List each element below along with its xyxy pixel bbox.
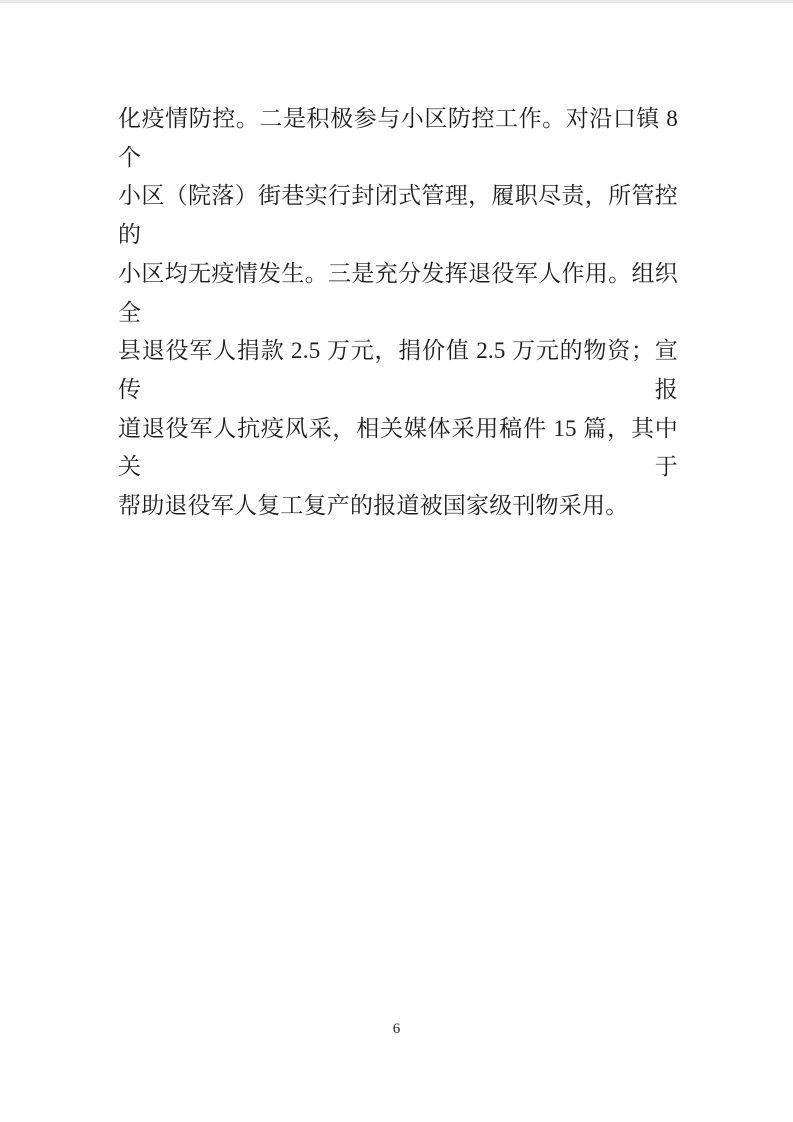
page-footer: 6	[0, 1020, 793, 1038]
text-line-1: 化疫情防控。二是积极参与小区防控工作。对沿口镇 8 个	[118, 100, 678, 177]
scan-edge-artifact	[0, 0, 793, 3]
document-page: 化疫情防控。二是积极参与小区防控工作。对沿口镇 8 个 小区（院落）街巷实行封闭…	[0, 0, 793, 1122]
text-line-5: 道退役军人抗疫风采，相关媒体采用稿件 15 篇，其中关于	[118, 410, 678, 487]
paragraph-continuation: 化疫情防控。二是积极参与小区防控工作。对沿口镇 8 个 小区（院落）街巷实行封闭…	[118, 100, 678, 526]
text-line-6: 帮助退役军人复工复产的报道被国家级刊物采用。	[118, 487, 678, 526]
text-line-4: 县退役军人捐款 2.5 万元，捐价值 2.5 万元的物资；宣传报	[118, 332, 678, 409]
text-line-2: 小区（院落）街巷实行封闭式管理，履职尽责，所管控的	[118, 177, 678, 254]
text-line-3: 小区均无疫情发生。三是充分发挥退役军人作用。组织全	[118, 255, 678, 332]
page-number: 6	[393, 1021, 401, 1037]
